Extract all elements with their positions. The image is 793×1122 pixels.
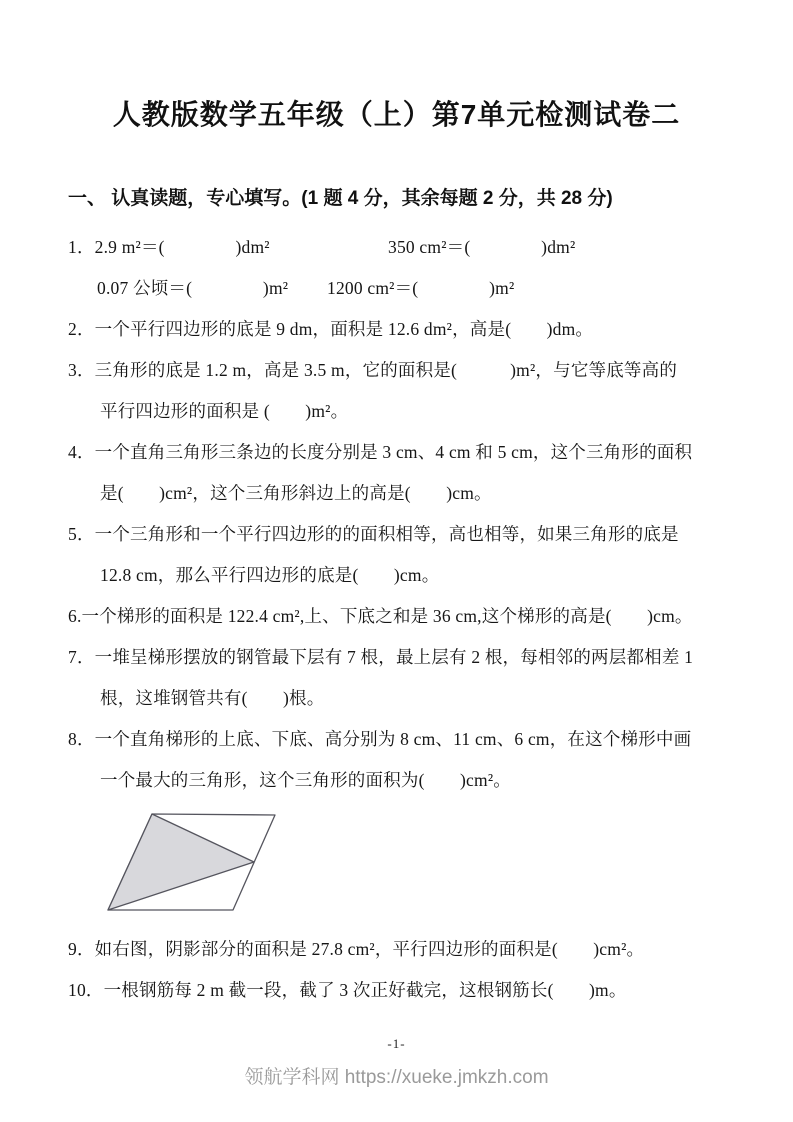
- q1-blank-m2-to-dm2: 1．2.9 m²＝( )dm²: [68, 234, 388, 259]
- watermark-site-link: 领航学科网 https://xueke.jmkzh.com: [0, 1062, 793, 1089]
- test-paper-page: 人教版数学五年级（上）第7单元检测试卷二 一、 认真读题，专心填写。(1 题 4…: [0, 0, 793, 1122]
- section-one-heading: 一、 认真读题，专心填写。(1 题 4 分，其余每题 2 分，共 28 分): [68, 186, 743, 212]
- parallelogram-figure: [100, 806, 300, 918]
- q1-blank-cm2-to-dm2: 350 cm²＝( )dm²: [388, 234, 575, 259]
- question-5-line-2: 12.8 cm，那么平行四边形的底是( )cm。: [0, 554, 793, 595]
- question-9-figure-row: [100, 806, 793, 918]
- question-5-line-1: 5．一个三角形和一个平行四边形的的面积相等，高也相等，如果三角形的底是: [0, 513, 793, 554]
- question-7-line-2: 根，这堆钢管共有( )根。: [0, 677, 793, 718]
- question-3-line-1: 3．三角形的底是 1.2 m，高是 3.5 m，它的面积是( )m²，与它等底等…: [0, 349, 793, 390]
- question-4-line-2: 是( )cm²，这个三角形斜边上的高是( )cm。: [0, 472, 793, 513]
- question-6-line-1: 6.一个梯形的面积是 122.4 cm²,上、下底之和是 36 cm,这个梯形的…: [0, 595, 793, 636]
- question-2-line-1: 2．一个平行四边形的底是 9 dm，面积是 12.6 dm²，高是( )dm。: [0, 308, 793, 349]
- page-title: 人教版数学五年级（上）第7单元检测试卷二: [0, 0, 793, 133]
- question-7-line-1: 7．一堆呈梯形摆放的钢管最下层有 7 根，最上层有 2 根，每相邻的两层都相差 …: [0, 636, 793, 677]
- questions-list: 1．2.9 m²＝( )dm² 350 cm²＝( )dm² 0.07 公顷＝(…: [0, 226, 793, 1010]
- q1-blank-hectare-to-m2: 0.07 公顷＝( )m²: [97, 275, 327, 300]
- question-1-line-1: 1．2.9 m²＝( )dm² 350 cm²＝( )dm²: [0, 226, 793, 267]
- question-9-line-1: 9．如右图，阴影部分的面积是 27.8 cm²，平行四边形的面积是( )cm²。: [0, 928, 793, 969]
- question-1-line-2: 0.07 公顷＝( )m² 1200 cm²＝( )m²: [0, 267, 793, 308]
- page-number: -1-: [0, 1036, 793, 1052]
- question-8-line-2: 一个最大的三角形，这个三角形的面积为( )cm²。: [0, 759, 793, 800]
- question-10-line-1: 10．一根钢筋每 2 m 截一段，截了 3 次正好截完，这根钢筋长( )m。: [0, 969, 793, 1010]
- question-4-line-1: 4．一个直角三角形三条边的长度分别是 3 cm、4 cm 和 5 cm，这个三角…: [0, 431, 793, 472]
- question-3-line-2: 平行四边形的面积是 ( )m²。: [0, 390, 793, 431]
- question-8-line-1: 8．一个直角梯形的上底、下底、高分别为 8 cm、11 cm、6 cm，在这个梯…: [0, 718, 793, 759]
- q1-blank-cm2-to-m2: 1200 cm²＝( )m²: [327, 275, 514, 300]
